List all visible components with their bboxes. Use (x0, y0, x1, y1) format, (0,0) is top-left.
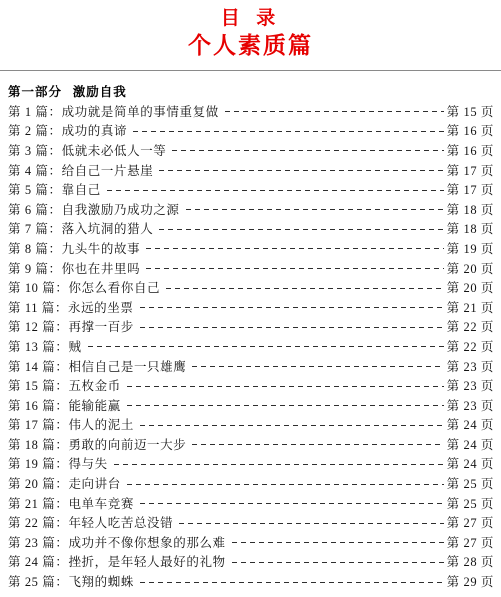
toc-entry-label: 第 18 篇：勇敢的向前迈一大步 (8, 435, 186, 453)
toc-row: 第 18 篇：勇敢的向前迈一大步 第 24 页 (8, 434, 494, 454)
toc-entry-label: 第 13 篇：贼 (8, 337, 82, 355)
toc-row: 第 15 篇：五枚金币 第 23 页 (8, 375, 494, 395)
dash-leader (127, 484, 444, 485)
toc-entry-label: 第 8 篇：九头牛的故事 (8, 239, 140, 257)
toc-entry-page: 第 24 页 (447, 454, 494, 472)
dash-leader (225, 111, 444, 112)
toc-entry-page: 第 18 页 (447, 200, 494, 218)
toc-entry-label: 第 7 篇：落入坑洞的猎人 (8, 219, 153, 237)
dash-leader (88, 346, 444, 347)
toc-entry-page: 第 29 页 (447, 572, 494, 590)
toc-row: 第 6 篇：自我激励乃成功之源 第 18 页 (8, 199, 494, 219)
dash-leader (140, 327, 444, 328)
toc-entry-page: 第 24 页 (447, 435, 494, 453)
toc-entry-label: 第 14 篇：相信自己是一只雄鹰 (8, 357, 186, 375)
toc-row: 第 3 篇：低就未必低人一等 第 16 页 (8, 140, 494, 160)
toc-entry-page: 第 25 页 (447, 474, 494, 492)
toc-entry-label: 第 16 篇：能输能赢 (8, 396, 121, 414)
toc-row: 第 22 篇：年轻人吃苦总没错 第 27 页 (8, 512, 494, 532)
toc-entry-label: 第 19 篇：得与失 (8, 454, 108, 472)
toc-entry-page: 第 27 页 (447, 533, 494, 551)
toc-entry-page: 第 15 页 (447, 102, 494, 120)
toc-entry-page: 第 17 页 (447, 180, 494, 198)
toc-entry-label: 第 1 篇：成功就是简单的事情重复做 (8, 102, 219, 120)
section-heading: 第一部分 激励自我 (8, 82, 127, 100)
toc-row: 第 9 篇：你也在井里吗 第 20 页 (8, 258, 494, 278)
toc-entry-label: 第 12 篇：再撑一百步 (8, 317, 134, 335)
toc-entry-page: 第 20 页 (447, 259, 494, 277)
toc-entry-page: 第 17 页 (447, 161, 494, 179)
toc-entry-label: 第 17 篇：伟人的泥土 (8, 415, 134, 433)
toc-row: 第 11 篇：永远的坐票 第 21 页 (8, 297, 494, 317)
toc-entry-page: 第 16 页 (447, 121, 494, 139)
toc-entry-label: 第 15 篇：五枚金币 (8, 376, 121, 394)
toc-entry-page: 第 20 页 (447, 278, 494, 296)
toc-row: 第 10 篇：你怎么看你自己 第 20 页 (8, 277, 494, 297)
dash-leader (107, 190, 444, 191)
dash-leader (127, 386, 444, 387)
dash-leader (133, 131, 444, 132)
dash-leader (159, 229, 443, 230)
toc-row: 第 2 篇：成功的真谛 第 16 页 (8, 121, 494, 141)
toc-entry-page: 第 25 页 (447, 494, 494, 512)
toc-entry-label: 第 2 篇：成功的真谛 (8, 121, 127, 139)
dash-leader (232, 562, 444, 563)
toc-entry-label: 第 9 篇：你也在井里吗 (8, 259, 140, 277)
toc-entry-page: 第 23 页 (447, 396, 494, 414)
dash-leader (186, 209, 444, 210)
toc-entry-label: 第 4 篇：给自己一片悬崖 (8, 161, 153, 179)
toc-entry-page: 第 22 页 (447, 317, 494, 335)
dash-leader (140, 582, 444, 583)
dash-leader (192, 444, 443, 445)
dash-leader (159, 170, 443, 171)
page-subtitle: 个人素质篇 (0, 27, 501, 60)
dash-leader (179, 523, 443, 524)
toc-entry-label: 第 6 篇：自我激励乃成功之源 (8, 200, 180, 218)
toc-row: 第 5 篇：靠自己 第 17 页 (8, 179, 494, 199)
toc-row: 第 8 篇：九头牛的故事 第 19 页 (8, 238, 494, 258)
toc-row: 第 12 篇：再撑一百步 第 22 页 (8, 317, 494, 337)
toc-row: 第 7 篇：落入坑洞的猎人 第 18 页 (8, 219, 494, 239)
toc-row: 第 13 篇：贼 第 22 页 (8, 336, 494, 356)
dash-leader (172, 150, 443, 151)
dash-leader (166, 288, 443, 289)
toc-entry-page: 第 23 页 (447, 376, 494, 394)
page-title: 目 录 (0, 3, 501, 30)
dash-leader (140, 503, 444, 504)
toc-row: 第 17 篇：伟人的泥土 第 24 页 (8, 415, 494, 435)
toc-entry-page: 第 23 页 (447, 357, 494, 375)
dash-leader (127, 405, 444, 406)
toc-entry-label: 第 24 篇：挫折，是年轻人最好的礼物 (8, 552, 226, 570)
dash-leader (232, 542, 444, 543)
title-divider-rule (0, 70, 501, 71)
dash-leader (114, 464, 444, 465)
dash-leader (140, 307, 444, 308)
toc-row: 第 21 篇：电单车竞赛 第 25 页 (8, 493, 494, 513)
dash-leader (192, 366, 443, 367)
dash-leader (140, 425, 444, 426)
toc-entry-label: 第 20 篇：走向讲台 (8, 474, 121, 492)
toc-entry-label: 第 3 篇：低就未必低人一等 (8, 141, 166, 159)
toc-row: 第 20 篇：走向讲台 第 25 页 (8, 473, 494, 493)
toc-entry-page: 第 16 页 (447, 141, 494, 159)
toc-entry-page: 第 27 页 (447, 513, 494, 531)
toc-row: 第 1 篇：成功就是简单的事情重复做 第 15 页 (8, 101, 494, 121)
toc-entry-page: 第 21 页 (447, 298, 494, 316)
dash-leader (146, 268, 443, 269)
toc-entry-label: 第 22 篇：年轻人吃苦总没错 (8, 513, 173, 531)
toc-list: 第 1 篇：成功就是简单的事情重复做 第 15 页 第 2 篇：成功的真谛 第 … (8, 101, 494, 591)
toc-row: 第 14 篇：相信自己是一只雄鹰 第 23 页 (8, 356, 494, 376)
toc-entry-page: 第 24 页 (447, 415, 494, 433)
toc-entry-label: 第 23 篇：成功并不像你想象的那么难 (8, 533, 226, 551)
toc-entry-label: 第 5 篇：靠自己 (8, 180, 101, 198)
toc-entry-label: 第 25 篇：飞翔的蜘蛛 (8, 572, 134, 590)
toc-entry-page: 第 18 页 (447, 219, 494, 237)
toc-row: 第 25 篇：飞翔的蜘蛛 第 29 页 (8, 571, 494, 591)
toc-entry-page: 第 28 页 (447, 552, 494, 570)
toc-row: 第 23 篇：成功并不像你想象的那么难 第 27 页 (8, 532, 494, 552)
toc-row: 第 4 篇：给自己一片悬崖 第 17 页 (8, 160, 494, 180)
toc-entry-label: 第 10 篇：你怎么看你自己 (8, 278, 160, 296)
toc-row: 第 16 篇：能输能赢 第 23 页 (8, 395, 494, 415)
toc-entry-page: 第 19 页 (447, 239, 494, 257)
toc-entry-label: 第 21 篇：电单车竞赛 (8, 494, 134, 512)
toc-row: 第 19 篇：得与失 第 24 页 (8, 454, 494, 474)
toc-entry-label: 第 11 篇：永远的坐票 (8, 298, 134, 316)
toc-entry-page: 第 22 页 (447, 337, 494, 355)
toc-row: 第 24 篇：挫折，是年轻人最好的礼物 第 28 页 (8, 552, 494, 572)
dash-leader (146, 248, 443, 249)
